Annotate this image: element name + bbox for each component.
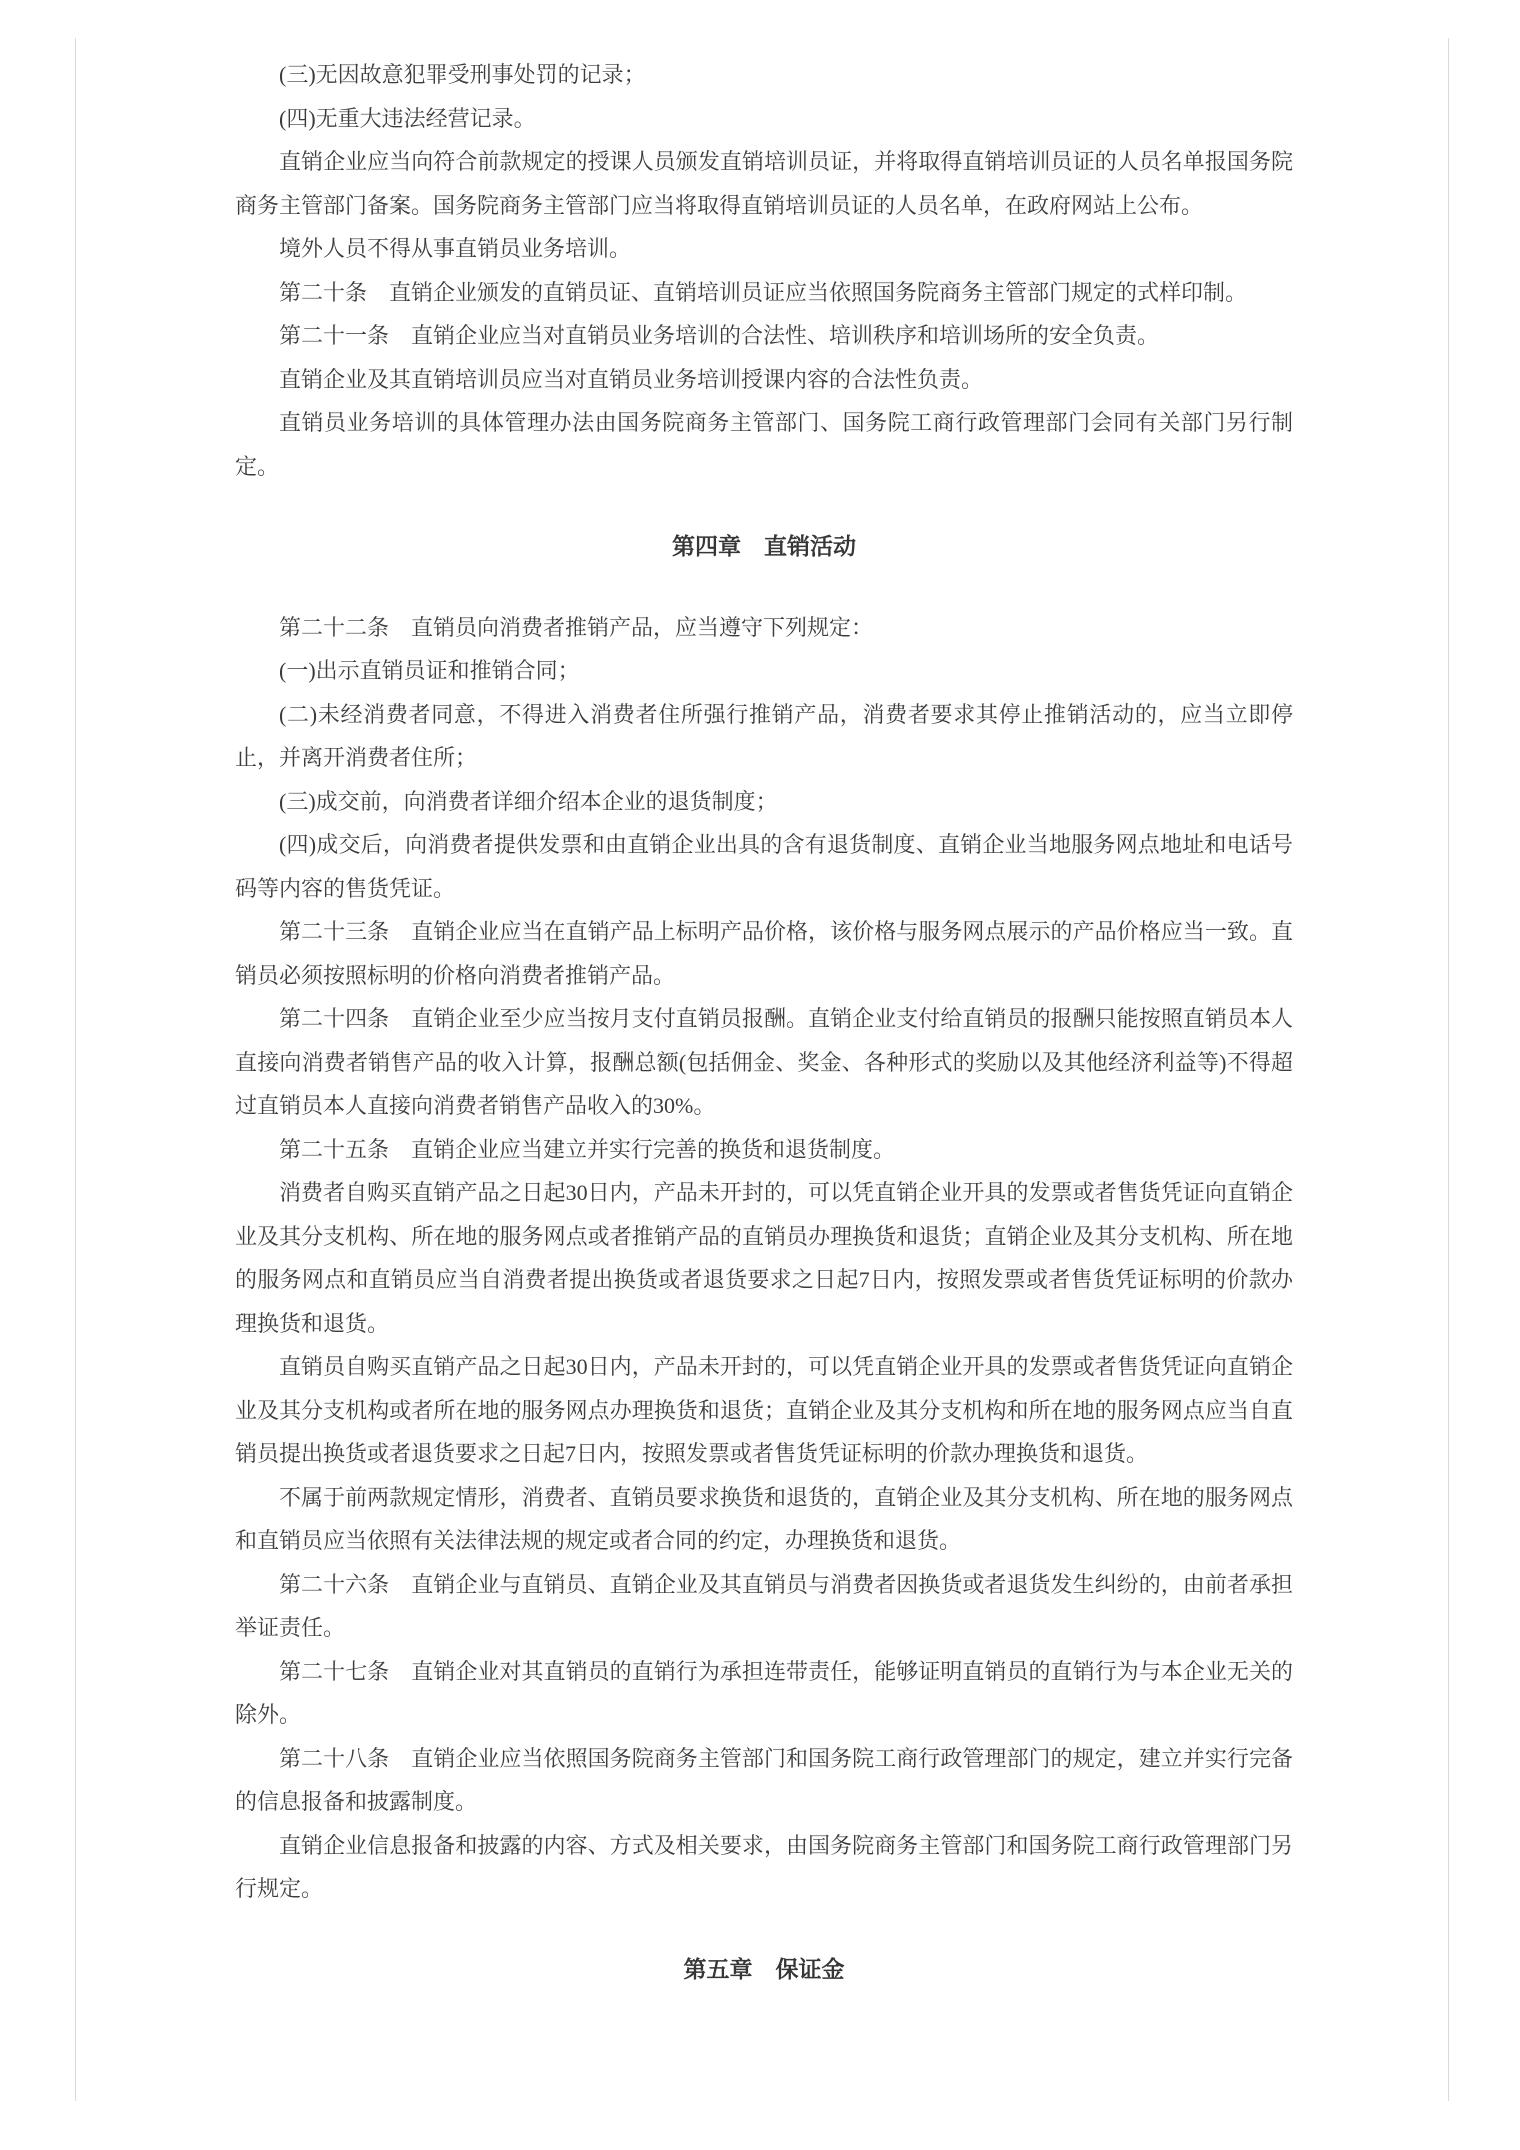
paragraph: 境外人员不得从事直销员业务培训。 xyxy=(235,227,1293,271)
paragraph: (三)成交前，向消费者详细介绍本企业的退货制度； xyxy=(235,780,1293,824)
paragraph: 消费者自购买直销产品之日起30日内，产品未开封的，可以凭直销企业开具的发票或者售… xyxy=(235,1171,1293,1345)
paragraph: (三)无因故意犯罪受刑事处罚的记录； xyxy=(235,53,1293,97)
paragraph: 直销企业信息报备和披露的内容、方式及相关要求，由国务院商务主管部门和国务院工商行… xyxy=(235,1824,1293,1911)
paragraph-article-25: 第二十五条 直销企业应当建立并实行完善的换货和退货制度。 xyxy=(235,1128,1293,1172)
chapter-heading-5: 第五章 保证金 xyxy=(235,1948,1293,1992)
paragraph: 直销企业应当向符合前款规定的授课人员颁发直销培训员证，并将取得直销培训员证的人员… xyxy=(235,140,1293,227)
paragraph-article-20: 第二十条 直销企业颁发的直销员证、直销培训员证应当依照国务院商务主管部门规定的式… xyxy=(235,271,1293,315)
paragraph-article-21: 第二十一条 直销企业应当对直销员业务培训的合法性、培训秩序和培训场所的安全负责。 xyxy=(235,314,1293,358)
chapter-heading-4: 第四章 直销活动 xyxy=(235,525,1293,569)
paragraph-article-23: 第二十三条 直销企业应当在直销产品上标明产品价格，该价格与服务网点展示的产品价格… xyxy=(235,910,1293,997)
paragraph: (四)成交后，向消费者提供发票和由直销企业出具的含有退货制度、直销企业当地服务网… xyxy=(235,823,1293,910)
paragraph: (二)未经消费者同意，不得进入消费者住所强行推销产品，消费者要求其停止推销活动的… xyxy=(235,693,1293,780)
paragraph-article-27: 第二十七条 直销企业对其直销员的直销行为承担连带责任，能够证明直销员的直销行为与… xyxy=(235,1650,1293,1737)
paragraph: 不属于前两款规定情形，消费者、直销员要求换货和退货的，直销企业及其分支机构、所在… xyxy=(235,1476,1293,1563)
document-body: (三)无因故意犯罪受刑事处罚的记录； (四)无重大违法经营记录。 直销企业应当向… xyxy=(235,53,1293,2028)
paragraph-article-28: 第二十八条 直销企业应当依照国务院商务主管部门和国务院工商行政管理部门的规定，建… xyxy=(235,1737,1293,1824)
paragraph-article-24: 第二十四条 直销企业至少应当按月支付直销员报酬。直销企业支付给直销员的报酬只能按… xyxy=(235,997,1293,1128)
paragraph: 直销员自购买直销产品之日起30日内，产品未开封的，可以凭直销企业开具的发票或者售… xyxy=(235,1345,1293,1476)
paragraph: 直销员业务培训的具体管理办法由国务院商务主管部门、国务院工商行政管理部门会同有关… xyxy=(235,401,1293,488)
paragraph-article-26: 第二十六条 直销企业与直销员、直销企业及其直销员与消费者因换货或者退货发生纠纷的… xyxy=(235,1563,1293,1650)
paragraph: (四)无重大违法经营记录。 xyxy=(235,97,1293,141)
paragraph: (一)出示直销员证和推销合同； xyxy=(235,649,1293,693)
paragraph-article-22: 第二十二条 直销员向消费者推销产品，应当遵守下列规定： xyxy=(235,606,1293,650)
document-page: (三)无因故意犯罪受刑事处罚的记录； (四)无重大违法经营记录。 直销企业应当向… xyxy=(0,0,1520,2150)
paragraph: 直销企业及其直销培训员应当对直销员业务培训授课内容的合法性负责。 xyxy=(235,358,1293,402)
